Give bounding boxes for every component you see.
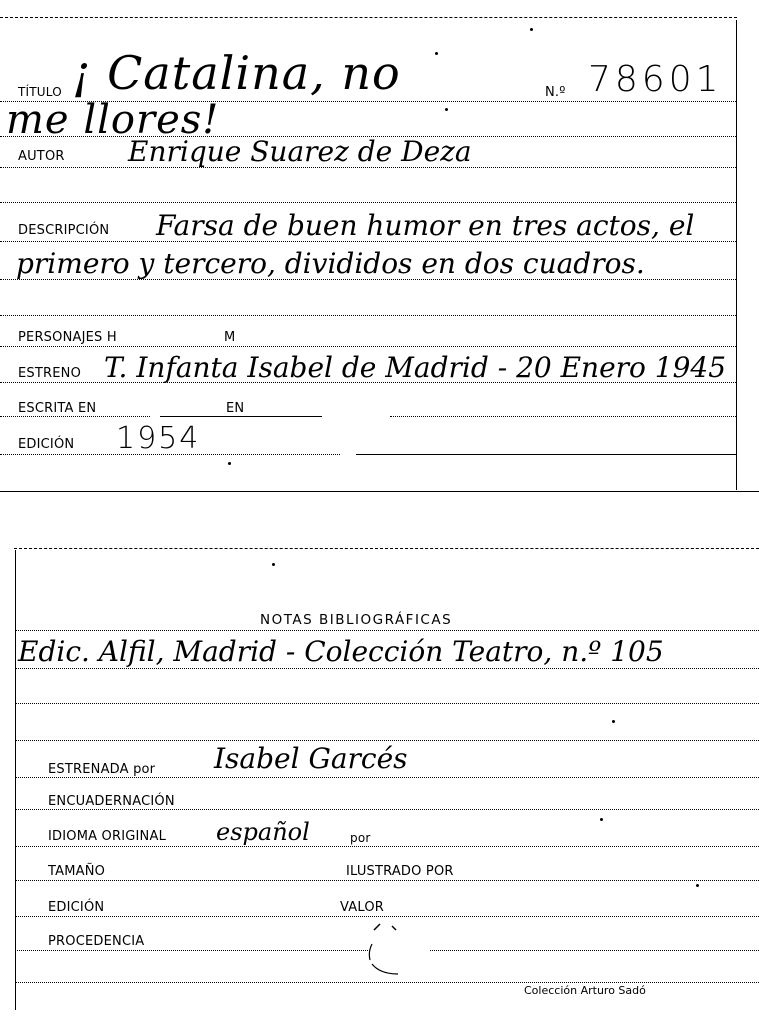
autor-label: AUTOR xyxy=(18,150,65,163)
idioma-label: IDIOMA ORIGINAL xyxy=(48,830,166,843)
escrita-en-second-label: EN xyxy=(226,402,244,415)
escrita-en-line-3 xyxy=(390,416,736,417)
autor-value: Enrique Suarez de Deza xyxy=(128,138,472,166)
card2-bottom-line xyxy=(15,982,759,983)
estrenada-label: ESTRENADA por xyxy=(48,763,155,776)
estrenada-value: Isabel Garcés xyxy=(214,745,408,773)
notas-line-3 xyxy=(15,703,759,704)
titulo-value-line2: me llores! xyxy=(6,100,219,140)
descripcion-value-line1: Farsa de buen humor en tres actos, el xyxy=(156,212,694,240)
tamano-line xyxy=(15,880,759,881)
estreno-value: T. Infanta Isabel de Madrid - 20 Enero 1… xyxy=(104,354,726,382)
idioma-line xyxy=(15,846,759,847)
card1-bottom-border xyxy=(0,491,759,492)
scan-speck xyxy=(445,108,448,111)
personajes-line xyxy=(0,346,736,347)
notas-line-2 xyxy=(15,668,759,669)
escrita-en-label: ESCRITA EN xyxy=(18,402,96,415)
personajes-m-label: M xyxy=(224,331,235,344)
notas-line-4 xyxy=(15,740,759,741)
scan-speck xyxy=(530,28,533,31)
descripcion-line-2 xyxy=(0,279,736,280)
notas-value: Edic. Alfil, Madrid - Colección Teatro, … xyxy=(18,638,664,666)
edicion2-label: EDICIÓN xyxy=(48,901,104,914)
autor-line xyxy=(0,167,736,168)
procedencia-line-2 xyxy=(430,950,759,951)
personajes-label: PERSONAJES H xyxy=(18,331,117,344)
escrita-en-line xyxy=(0,416,150,417)
idioma-value: español xyxy=(216,820,310,844)
stamp-mark xyxy=(362,920,442,980)
descripcion-value-line2: primero y tercero, divididos en dos cuad… xyxy=(16,250,645,278)
estrenada-line xyxy=(15,777,759,778)
numero-value: 78601 xyxy=(588,62,723,98)
scan-speck xyxy=(696,884,699,887)
descripcion-label: DESCRIPCIÓN xyxy=(18,224,109,237)
edicion2-line xyxy=(15,916,759,917)
card1-right-border xyxy=(736,20,737,490)
card2-top-border xyxy=(14,548,759,549)
scan-speck xyxy=(435,52,438,55)
titulo-value-line1: ¡ Catalina, no xyxy=(72,50,401,96)
edicion-value: 1954 xyxy=(116,424,200,454)
procedencia-label: PROCEDENCIA xyxy=(48,935,144,948)
blank-line-2 xyxy=(0,315,736,316)
encuadernacion-label: ENCUADERNACIÓN xyxy=(48,795,175,808)
edicion-line-2 xyxy=(356,454,736,455)
scan-speck xyxy=(612,720,615,723)
edicion-line xyxy=(0,454,340,455)
tamano-label: TAMAÑO xyxy=(48,865,105,878)
idioma-por-label: por xyxy=(350,832,371,844)
card1-top-border xyxy=(0,17,737,18)
scan-speck xyxy=(228,462,231,465)
estreno-label: ESTRENO xyxy=(18,367,81,380)
numero-label: N.º xyxy=(545,86,566,99)
notas-heading: NOTAS BIBLIOGRÁFICAS xyxy=(260,614,452,628)
blank-line-1 xyxy=(0,202,736,203)
procedencia-line xyxy=(15,950,370,951)
ilustrado-label: ILUSTRADO POR xyxy=(346,865,454,878)
card2-left-border xyxy=(15,550,16,1010)
encuadernacion-line xyxy=(15,809,759,810)
collection-footer: Colección Arturo Sadó xyxy=(524,984,646,997)
valor-label: VALOR xyxy=(340,901,384,914)
notas-line xyxy=(15,630,759,631)
scan-speck xyxy=(272,563,275,566)
edicion-label: EDICIÓN xyxy=(18,438,74,451)
estreno-line xyxy=(0,382,736,383)
scan-speck xyxy=(600,818,603,821)
descripcion-line xyxy=(0,241,736,242)
escrita-en-line-2 xyxy=(160,416,322,417)
